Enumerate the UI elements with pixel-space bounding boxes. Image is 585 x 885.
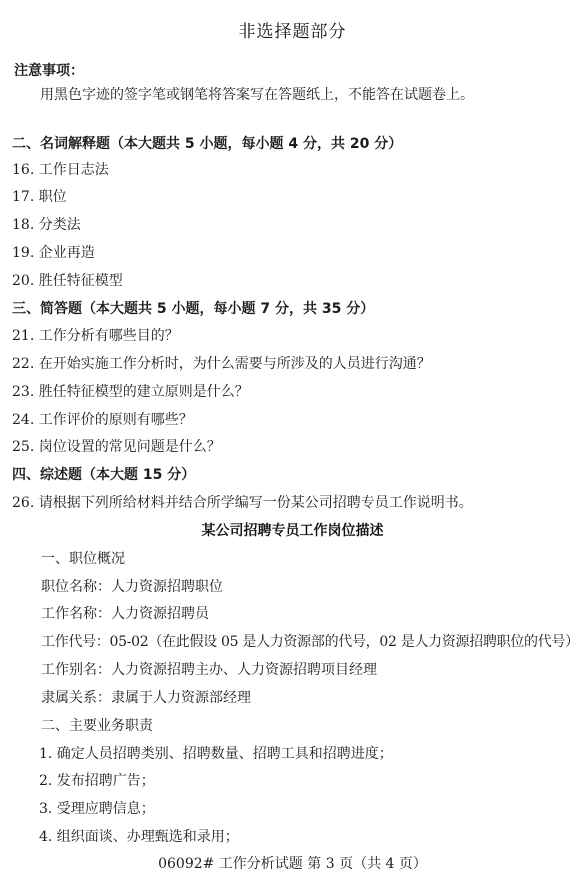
- duty-3: 3. 受理应聘信息；: [39, 800, 155, 818]
- question-17: 17. 职位: [12, 188, 67, 206]
- question-23: 23. 胜任特征模型的建立原则是什么？: [12, 383, 249, 401]
- duty-1: 1. 确定人员招聘类别、招聘数量、招聘工具和招聘进度；: [39, 745, 393, 763]
- overview-reporting: 隶属关系：隶属于人力资源部经理: [41, 689, 251, 707]
- overview-job-alias: 工作别名：人力资源招聘主办、人力资源招聘项目经理: [41, 661, 377, 679]
- question-24: 24. 工作评价的原则有哪些？: [12, 411, 193, 429]
- duties-heading: 二、主要业务职责: [41, 717, 153, 735]
- overview-heading: 一、职位概况: [41, 550, 125, 568]
- notice-heading: 注意事项：: [14, 62, 84, 80]
- section-heading-terms: 二、名词解释题（本大题共 5 小题，每小题 4 分，共 20 分）: [12, 135, 402, 153]
- duty-2: 2. 发布招聘广告；: [39, 772, 155, 790]
- question-25: 25. 岗位设置的常见问题是什么？: [12, 438, 221, 456]
- question-19: 19. 企业再造: [12, 244, 95, 262]
- question-21: 21. 工作分析有哪些目的？: [12, 327, 179, 345]
- question-20: 20. 胜任特征模型: [12, 272, 123, 290]
- overview-position-name: 职位名称：人力资源招聘职位: [41, 578, 223, 596]
- material-title: 某公司招聘专员工作岗位描述: [0, 522, 585, 540]
- overview-job-name: 工作名称：人力资源招聘员: [41, 605, 209, 623]
- notice-text: 用黑色字迹的签字笔或钢笔将答案写在答题纸上，不能答在试题卷上。: [40, 86, 474, 104]
- question-16: 16. 工作日志法: [12, 161, 109, 179]
- duty-4: 4. 组织面谈、办理甄选和录用；: [39, 828, 239, 846]
- overview-job-code: 工作代号：05-02（在此假设 05 是人力资源部的代号，02 是人力资源招聘职…: [41, 633, 579, 651]
- section-heading-short-answer: 三、简答题（本大题共 5 小题，每小题 7 分，共 35 分）: [12, 300, 374, 318]
- section-heading-essay: 四、综述题（本大题 15 分）: [12, 466, 195, 484]
- question-22: 22. 在开始实施工作分析时，为什么需要与所涉及的人员进行沟通？: [12, 355, 431, 373]
- page-title: 非选择题部分: [0, 20, 585, 44]
- page-footer: 06092# 工作分析试题 第 3 页（共 4 页）: [0, 855, 585, 873]
- question-18: 18. 分类法: [12, 216, 81, 234]
- question-26: 26. 请根据下列所给材料并结合所学编写一份某公司招聘专员工作说明书。: [12, 494, 473, 512]
